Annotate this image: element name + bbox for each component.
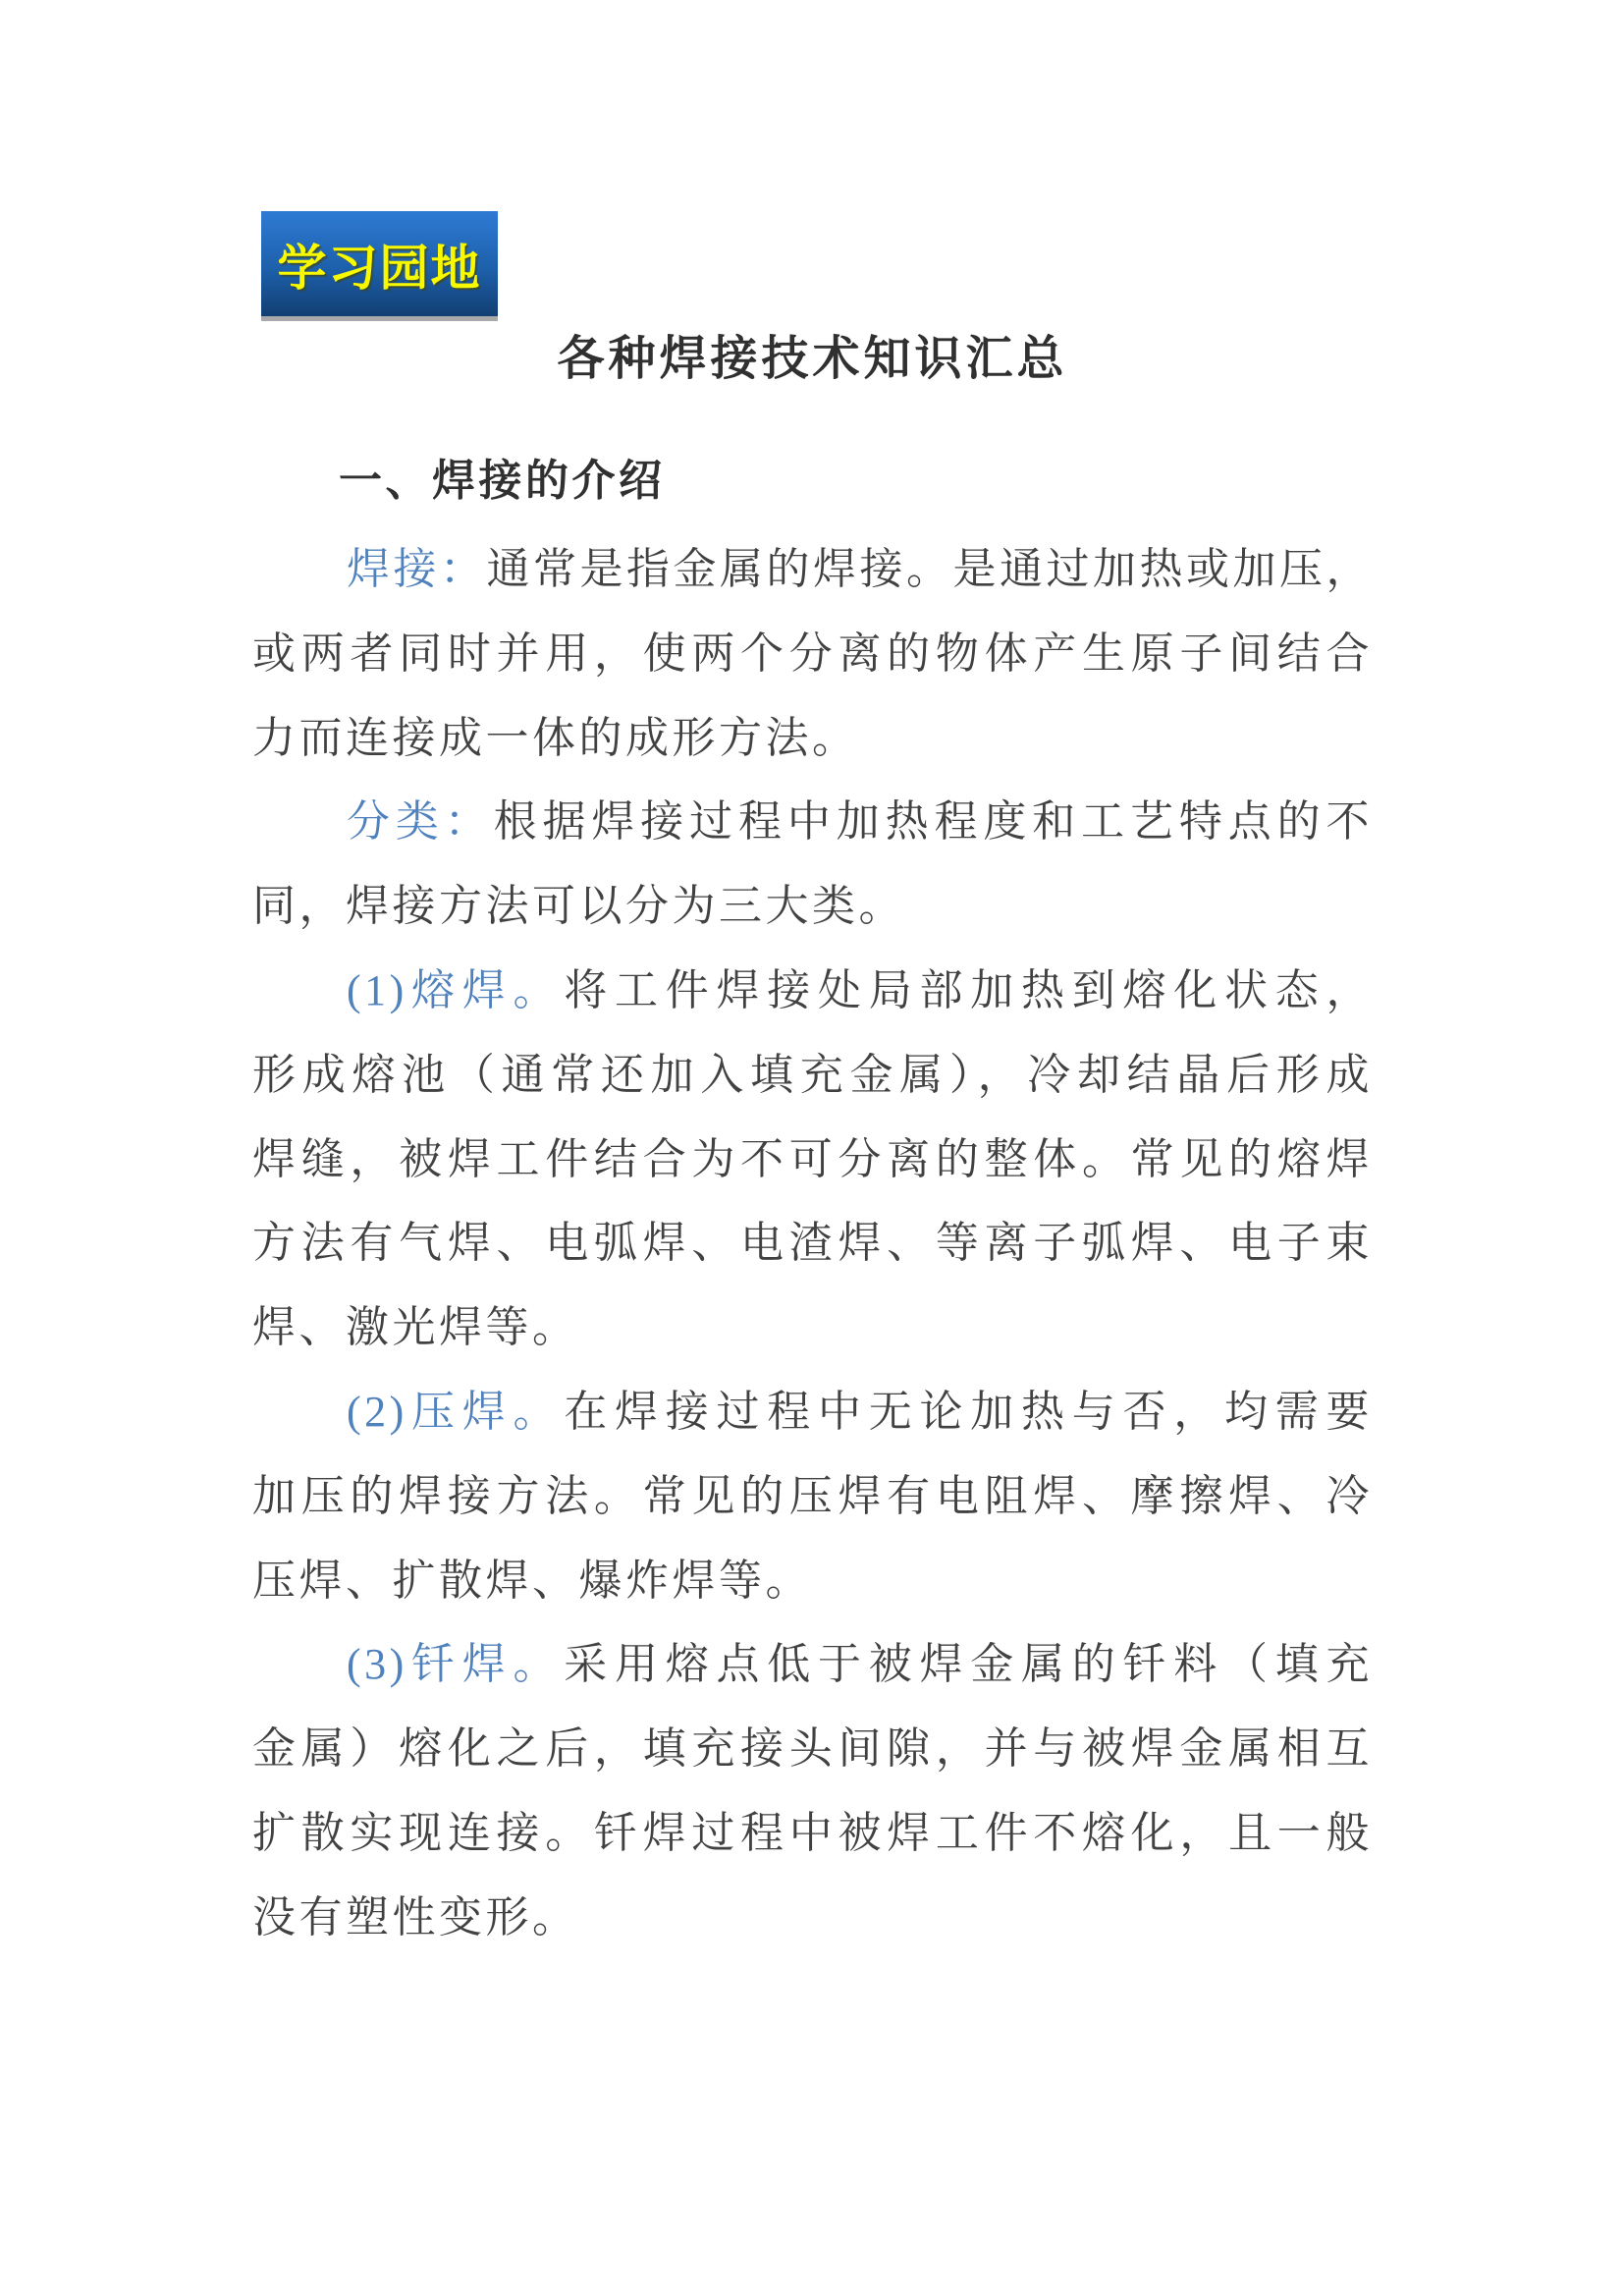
line-text: 焊、激光焊等。 [252,1303,579,1351]
line-text: 金属）熔化之后，填充接头间隙，并与被焊金属相互 [252,1724,1373,1773]
body-text: 焊接：通常是指金属的焊接。是通过加热或加压， 或两者同时并用，使两个分离的物体产… [252,527,1373,1960]
term-highlight: (3)钎焊。 [347,1640,564,1688]
text-line: 力而连接成一体的成形方法。 [252,696,1373,781]
text-line: 金属）熔化之后，填充接头间隙，并与被焊金属相互 [252,1707,1373,1791]
text-line: 加压的焊接方法。常见的压焊有电阻焊、摩擦焊、冷 [252,1454,1373,1539]
term-highlight: 分类： [347,797,494,846]
section-heading: 一、焊接的介绍 [252,454,1373,509]
line-text: 采用熔点低于被焊金属的钎料（填充 [564,1640,1373,1688]
line-text: 在焊接过程中无论加热与否，均需要 [564,1388,1373,1436]
learning-garden-badge: 学习园地 [261,211,498,316]
text-line: 焊接：通常是指金属的焊接。是通过加热或加压， [252,527,1373,612]
text-line: 扩散实现连接。钎焊过程中被焊工件不熔化，且一般 [252,1791,1373,1876]
term-highlight: (1)熔焊。 [347,966,564,1014]
line-text: 扩散实现连接。钎焊过程中被焊工件不熔化，且一般 [252,1809,1373,1857]
line-text: 力而连接成一体的成形方法。 [252,714,859,762]
text-line: 或两者同时并用，使两个分离的物体产生原子间结合 [252,612,1373,696]
text-line: 方法有气焊、电弧焊、电渣焊、等离子弧焊、电子束 [252,1201,1373,1285]
line-text: 没有塑性变形。 [252,1893,579,1941]
text-line: 形成熔池（通常还加入填充金属），冷却结晶后形成 [252,1033,1373,1118]
text-line: 焊、激光焊等。 [252,1285,1373,1370]
line-text: 根据焊接过程中加热程度和工艺特点的不 [494,797,1373,846]
text-line: 焊缝，被焊工件结合为不可分离的整体。常见的熔焊 [252,1118,1373,1202]
text-line: (1)熔焊。将工件焊接处局部加热到熔化状态， [252,949,1373,1033]
line-text: 方法有气焊、电弧焊、电渣焊、等离子弧焊、电子束 [252,1219,1373,1267]
line-text: 或两者同时并用，使两个分离的物体产生原子间结合 [252,629,1373,678]
text-line: (3)钎焊。采用熔点低于被焊金属的钎料（填充 [252,1622,1373,1707]
text-line: 分类：根据焊接过程中加热程度和工艺特点的不 [252,780,1373,864]
line-text: 焊缝，被焊工件结合为不可分离的整体。常见的熔焊 [252,1135,1373,1183]
document-page: 学习园地 各种焊接技术知识汇总 一、焊接的介绍 焊接：通常是指金属的焊接。是通过… [0,0,1623,2296]
line-text: 形成熔池（通常还加入填充金属），冷却结晶后形成 [252,1051,1373,1099]
term-highlight: (2)压焊。 [347,1388,564,1436]
text-line: 压焊、扩散焊、爆炸焊等。 [252,1539,1373,1623]
text-line: 没有塑性变形。 [252,1876,1373,1960]
line-text: 压焊、扩散焊、爆炸焊等。 [252,1557,812,1605]
term-highlight: 焊接： [347,545,487,593]
line-text: 将工件焊接处局部加热到熔化状态， [564,966,1373,1014]
text-line: 同，焊接方法可以分为三大类。 [252,864,1373,949]
document-title: 各种焊接技术知识汇总 [252,332,1373,387]
text-line: (2)压焊。在焊接过程中无论加热与否，均需要 [252,1370,1373,1454]
line-text: 加压的焊接方法。常见的压焊有电阻焊、摩擦焊、冷 [252,1472,1373,1520]
line-text: 通常是指金属的焊接。是通过加热或加压， [487,545,1374,593]
badge-label: 学习园地 [278,229,482,300]
line-text: 同，焊接方法可以分为三大类。 [252,882,905,930]
